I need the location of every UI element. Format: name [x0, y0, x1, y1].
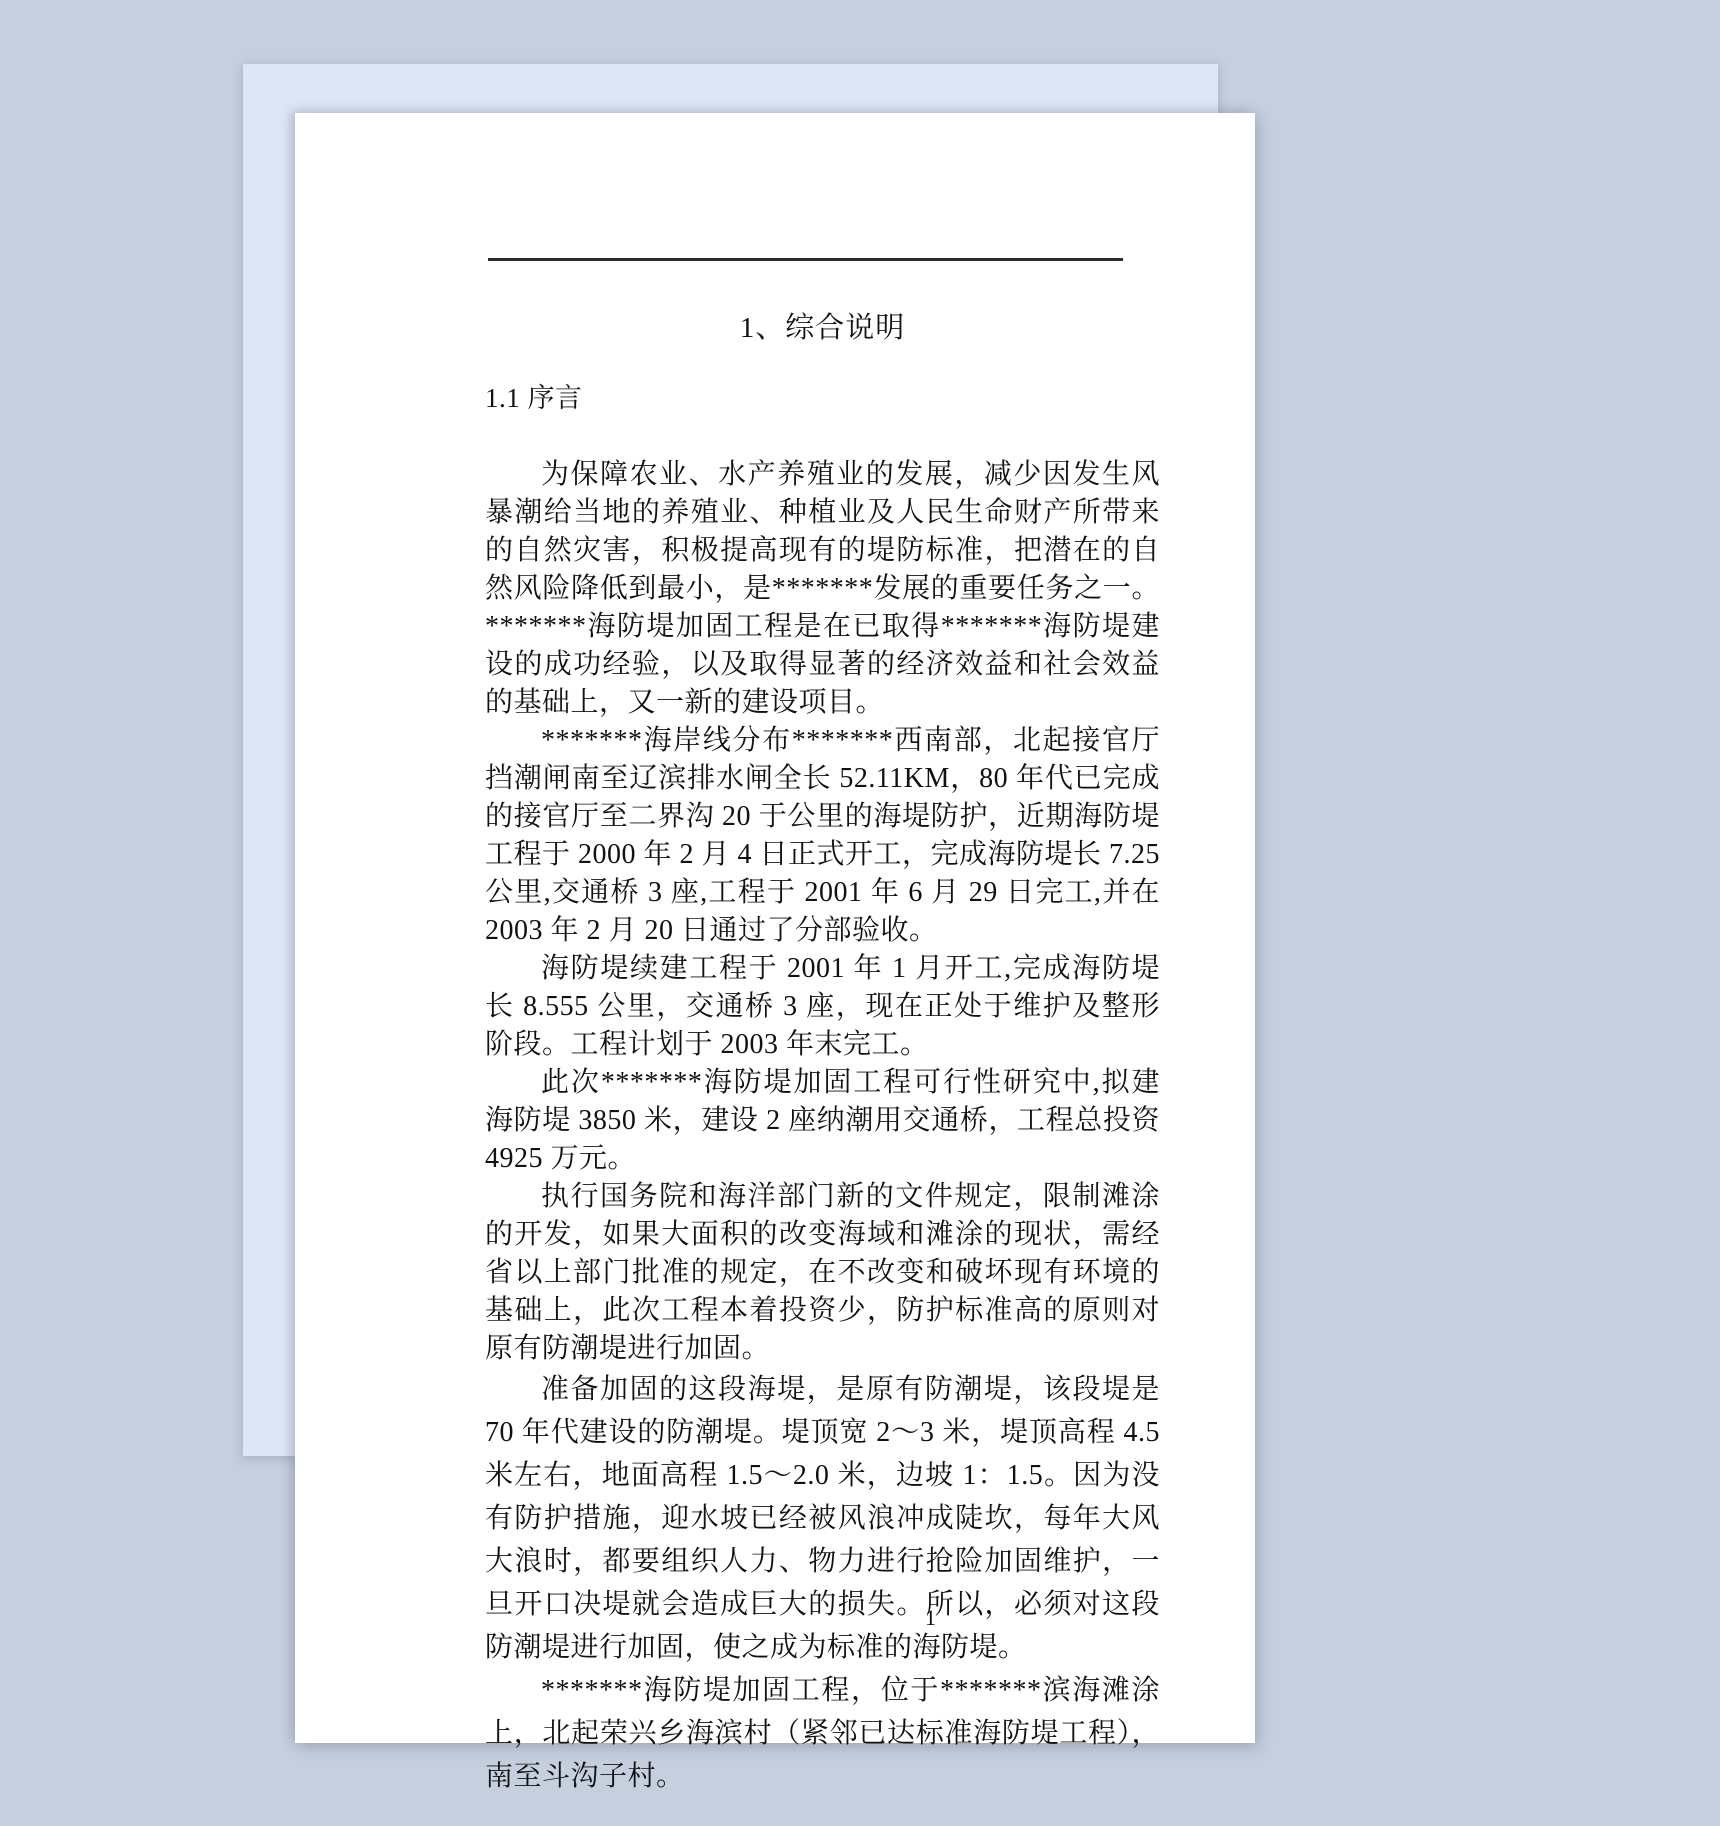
- paragraph-5: 执行国务院和海洋部门新的文件规定，限制滩涂的开发，如果大面积的改变海域和滩涂的现…: [485, 1178, 1160, 1368]
- paragraph-7: *******海防堤加固工程，位于*******滨海滩涂上，北起荣兴乡海滨村（紧…: [485, 1669, 1160, 1798]
- paragraph-2: *******海岸线分布*******西南部，北起接官厅挡潮闸南至辽滨排水闸全长…: [485, 722, 1160, 950]
- paragraph-4: 此次*******海防堤加固工程可行性研究中,拟建海防堤 3850 米，建设 2…: [485, 1064, 1160, 1178]
- header-rule: [488, 258, 1123, 261]
- section-heading: 1.1 序言: [485, 381, 1160, 415]
- body-text: 为保障农业、水产养殖业的发展，减少因发生风暴潮给当地的养殖业、种植业及人民生命财…: [485, 456, 1160, 1798]
- document-title: 1、综合说明: [485, 309, 1160, 347]
- page-number: 1: [925, 1605, 936, 1631]
- document-page: 1、综合说明 1.1 序言 为保障农业、水产养殖业的发展，减少因发生风暴潮给当地…: [295, 113, 1255, 1743]
- desktop-background: 1、综合说明 1.1 序言 为保障农业、水产养殖业的发展，减少因发生风暴潮给当地…: [0, 0, 1720, 1826]
- paragraph-1: 为保障农业、水产养殖业的发展，减少因发生风暴潮给当地的养殖业、种植业及人民生命财…: [485, 456, 1160, 722]
- page-content: 1、综合说明 1.1 序言 为保障农业、水产养殖业的发展，减少因发生风暴潮给当地…: [295, 113, 1255, 1798]
- paragraph-3: 海防堤续建工程于 2001 年 1 月开工,完成海防堤长 8.555 公里，交通…: [485, 950, 1160, 1064]
- paragraph-6: 准备加固的这段海堤，是原有防潮堤，该段堤是 70 年代建设的防潮堤。堤顶宽 2～…: [485, 1368, 1160, 1669]
